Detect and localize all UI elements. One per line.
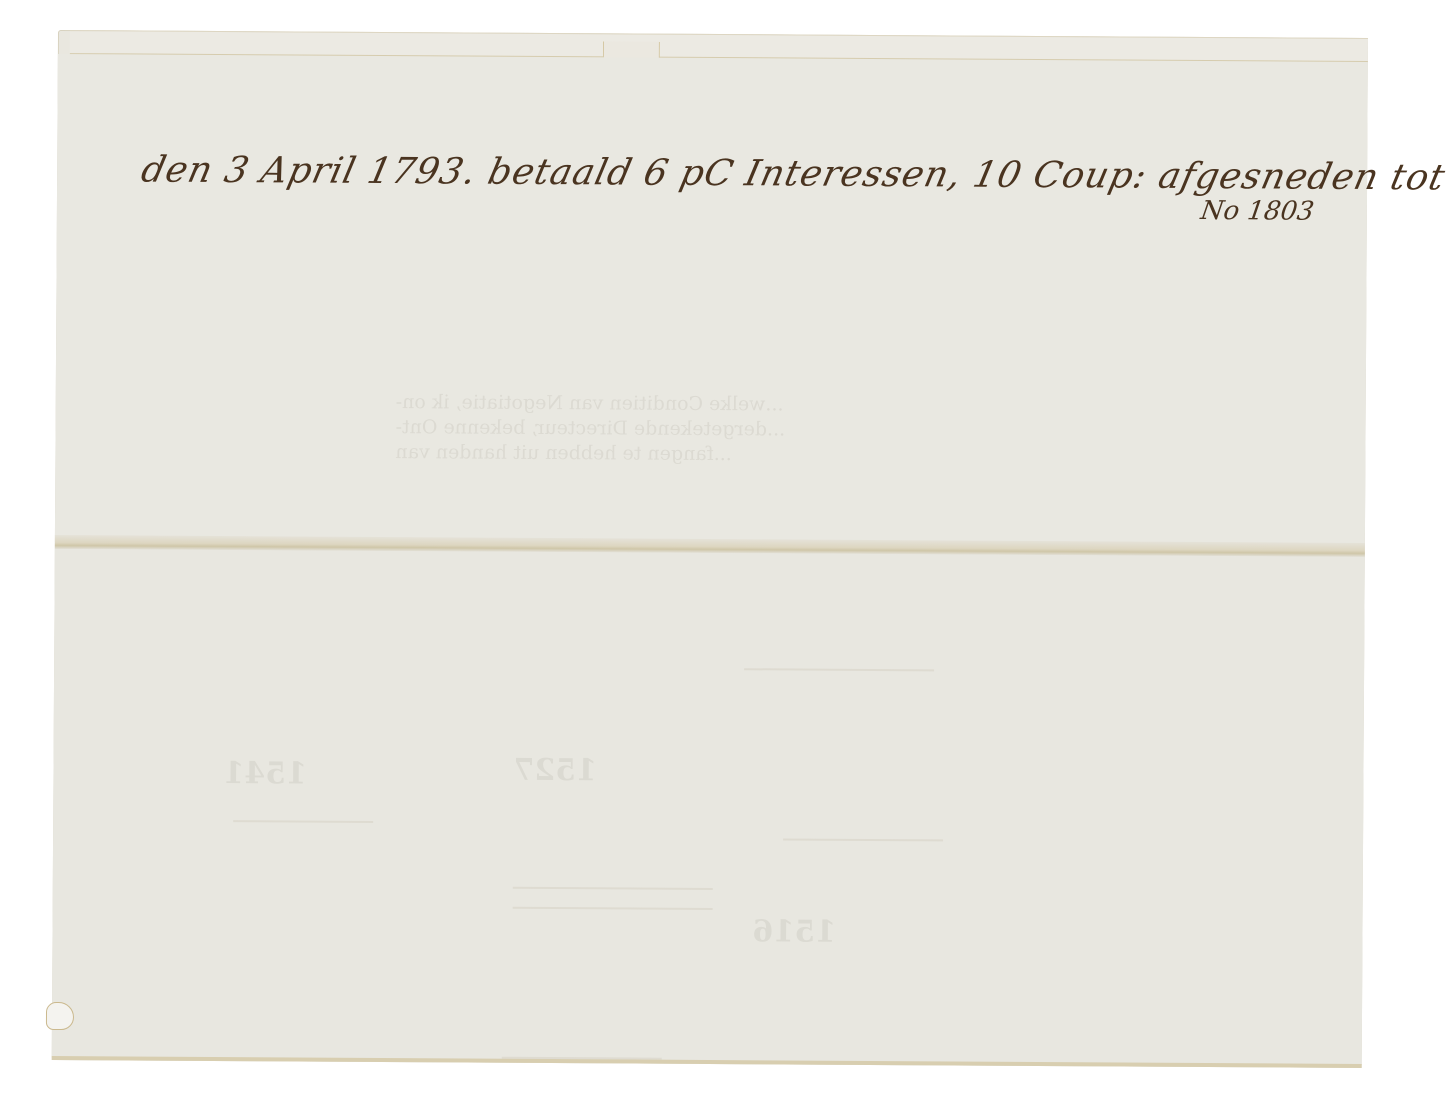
- showthrough-number: 1516: [752, 914, 836, 950]
- showthrough-rule: [744, 668, 934, 671]
- showthrough-number: 1541: [223, 756, 307, 792]
- document-paper: den 3 April 1793. betaald 6 pC Interesse…: [52, 30, 1368, 1068]
- upper-panel: den 3 April 1793. betaald 6 pC Interesse…: [55, 54, 1368, 550]
- inscription-line-1: den 3 April 1793. betaald 6 pC Interesse…: [138, 150, 1446, 199]
- inscription-line-2: No 1803: [1199, 196, 1316, 227]
- showthrough-rule: [513, 907, 713, 910]
- showthrough-rule: [513, 887, 713, 890]
- showthrough-text-line: ...welke Conditien van Negotiatie, ik on…: [396, 391, 784, 415]
- lower-panel: [52, 549, 1365, 1068]
- showthrough-text-line: ...fangen te hebben uit handen van: [395, 441, 732, 465]
- showthrough-rule: [783, 838, 943, 841]
- image-stage: den 3 April 1793. betaald 6 pC Interesse…: [0, 0, 1446, 1102]
- showthrough-rule: [233, 820, 373, 823]
- showthrough-number: 1527: [513, 753, 597, 789]
- bottom-left-corner-tear: [46, 1002, 74, 1030]
- showthrough-text-line: ...dergetekende Directeur, bekenne Ont-: [396, 416, 786, 440]
- handwritten-inscription: den 3 April 1793. betaald 6 pC Interesse…: [142, 150, 1343, 247]
